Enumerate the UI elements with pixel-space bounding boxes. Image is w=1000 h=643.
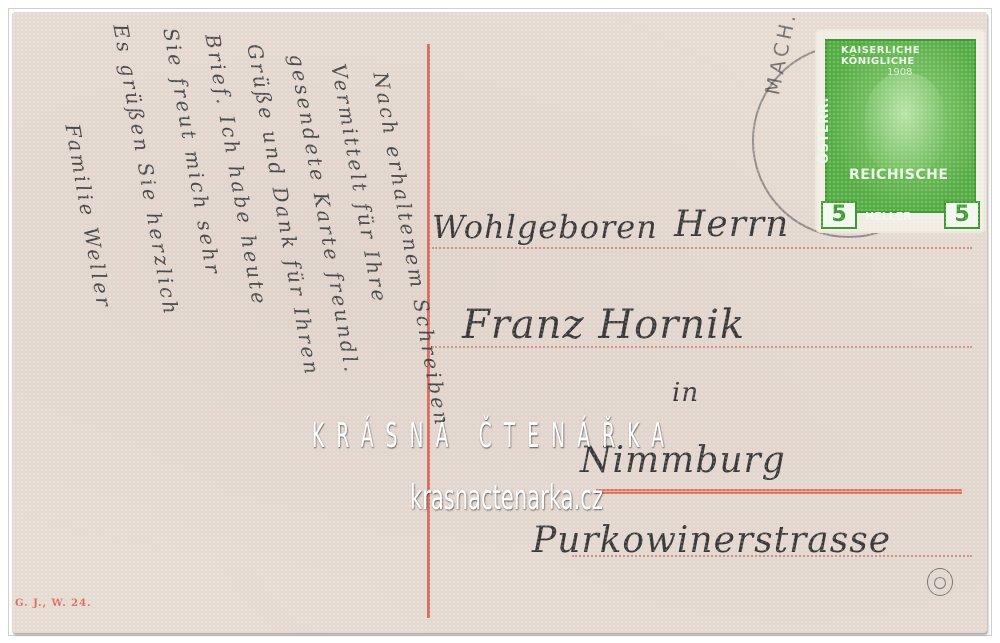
- address-salutation: Wohlgeboren: [432, 208, 658, 246]
- postage-stamp: KAISERLICHE KÖNIGLICHE 1908 ÖSTERR. POST…: [817, 31, 984, 231]
- stamp-bottom-text: REICHISCHE: [849, 167, 948, 183]
- watermark-title: KRÁSNÁ ČTENÁŘKA: [312, 416, 676, 456]
- spiral-scribble-icon: [927, 568, 953, 596]
- address-street: Purkowinerstrasse: [532, 520, 891, 561]
- address-name: Franz Hornik: [462, 302, 745, 348]
- stamp-top-text: KAISERLICHE KÖNIGLICHE: [841, 45, 974, 67]
- stamp-year: 1908: [887, 67, 912, 78]
- message-line: Familie Weller: [60, 122, 116, 311]
- address-preposition: in: [672, 378, 699, 408]
- address-title: Herrn: [674, 204, 789, 245]
- city-underline: [596, 489, 962, 494]
- stamp-value-right: 5: [944, 201, 980, 229]
- stamp-denomination: HELLER: [865, 210, 912, 223]
- stamp-value-left: 5: [821, 201, 857, 229]
- emperor-portrait-icon: [865, 73, 945, 173]
- address-line: [432, 247, 972, 249]
- watermark-url: krasnactenarka.cz: [410, 478, 603, 518]
- postcard: Nach erhaltenem Schreiben Vermittelt für…: [12, 12, 987, 633]
- stamp-design: KAISERLICHE KÖNIGLICHE 1908 ÖSTERR. POST…: [825, 39, 976, 213]
- stamp-left-text: ÖSTERR.: [817, 97, 832, 164]
- printer-mark: G. J., W. 24.: [15, 598, 92, 609]
